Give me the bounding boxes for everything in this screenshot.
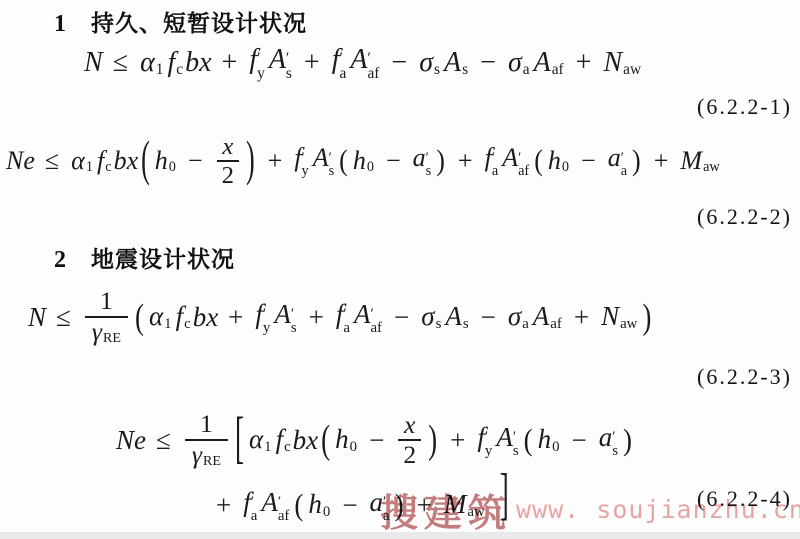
math-token: f	[176, 301, 184, 331]
math-token: A′af	[261, 487, 289, 523]
math-token: 1γRE	[185, 410, 228, 469]
math-token: h0	[335, 424, 357, 456]
math-token: af	[550, 316, 562, 332]
math-token: 1	[195, 410, 218, 438]
math-token: M	[444, 489, 467, 519]
math-token: ′s	[291, 307, 297, 335]
math-token: Naw	[601, 301, 637, 333]
math-token: a	[492, 165, 498, 179]
math-token: x2	[398, 411, 421, 469]
equation-6-2-2-3-label: (6.2.2-3)	[697, 364, 792, 390]
math-token: ′a	[492, 152, 498, 179]
math-token: −	[369, 425, 384, 456]
math-token: h0	[353, 146, 374, 177]
math-token: 1	[200, 409, 213, 438]
math-token: s	[426, 165, 432, 179]
math-token: s	[513, 444, 519, 458]
math-token: 1	[264, 439, 271, 455]
math-token: A	[269, 44, 286, 75]
math-token: y	[263, 321, 270, 335]
math-token: )	[428, 416, 437, 463]
math-token: σa	[508, 301, 529, 333]
math-token: (	[524, 422, 533, 458]
math-token: A	[496, 422, 513, 452]
math-token: ≤	[45, 146, 59, 176]
math-token: A	[533, 301, 550, 331]
math-token: +	[304, 47, 320, 79]
math-token: y	[302, 165, 309, 179]
math-token: )	[436, 144, 445, 179]
math-token: −	[394, 302, 409, 333]
section-heading-2: 2 地震设计状况	[54, 241, 235, 274]
math-token: A	[502, 143, 518, 172]
section-number: 2	[54, 247, 67, 274]
math-token: A	[274, 299, 291, 329]
math-token: Aaf	[533, 301, 562, 333]
math-token: +	[228, 302, 243, 333]
math-token: ′	[612, 430, 615, 444]
math-token: γRE	[85, 316, 128, 347]
math-token: N	[601, 301, 619, 331]
math-token: ′af	[278, 495, 290, 523]
math-token: a	[599, 422, 613, 452]
equation-6-2-2-4-formula-line1: Ne≤1γRE[α1fcbx(h0−x2)+f′yA′s(h0−a′s)	[116, 404, 635, 476]
math-token: )	[632, 144, 641, 179]
math-token: bx	[114, 146, 139, 176]
math-token: 2	[403, 440, 416, 469]
section-title: 持久、短暂设计状况	[91, 5, 307, 38]
math-token: α1	[149, 301, 172, 333]
math-token: x	[222, 133, 233, 160]
math-token: α	[149, 301, 163, 331]
math-token: af	[278, 509, 290, 523]
math-token: a	[343, 321, 350, 335]
math-token: As	[445, 301, 468, 333]
math-token: 0	[367, 159, 374, 175]
math-token: fc	[167, 47, 183, 79]
math-token: σ	[421, 301, 434, 331]
math-token: ′a	[621, 152, 627, 179]
equation-6-2-2-1-formula: N≤α1fcbx+f′yA′s+f′aA′af−σsAs−σaAaf+Naw	[84, 40, 643, 86]
math-token: f	[243, 487, 251, 517]
math-token: )	[642, 296, 651, 338]
math-token: x	[217, 133, 238, 160]
math-token: aw	[703, 159, 720, 175]
math-token: A	[313, 143, 329, 172]
math-token: 0	[169, 159, 176, 175]
math-token: f	[249, 44, 257, 75]
math-token: s	[612, 444, 618, 458]
math-token: af	[367, 67, 379, 82]
math-token: ≤	[56, 302, 71, 333]
math-token: ′	[251, 495, 254, 509]
math-token: fc	[176, 301, 191, 333]
math-token: a	[383, 509, 390, 523]
math-token: A	[444, 47, 461, 78]
math-token: −	[342, 490, 357, 521]
math-token: f′a	[485, 143, 499, 178]
math-token: 1	[156, 61, 164, 78]
math-token: As	[444, 47, 468, 79]
math-token: γRE	[192, 440, 221, 469]
math-token: A	[534, 47, 551, 78]
math-token: ′s	[329, 152, 335, 179]
math-token: ′a	[343, 307, 350, 335]
math-token: a	[413, 143, 426, 172]
math-token: s	[291, 321, 297, 335]
math-token: c	[176, 61, 183, 78]
math-token: f′y	[255, 299, 270, 335]
math-token: f′y	[477, 422, 492, 458]
math-token: −	[480, 47, 496, 79]
math-token: af	[370, 321, 382, 335]
math-token: h0	[308, 489, 330, 521]
math-token: +	[574, 302, 589, 333]
math-token: fc	[276, 424, 291, 456]
math-token: ′s	[612, 430, 618, 458]
math-token: f′a	[243, 487, 257, 523]
math-token: 1	[100, 286, 113, 315]
math-token: h	[548, 146, 561, 175]
math-token: af	[552, 61, 564, 78]
math-token: f′a	[336, 299, 350, 335]
math-token: ′s	[426, 152, 432, 179]
math-token: a′a	[608, 143, 627, 178]
math-token: 1γRE	[85, 287, 128, 346]
math-token: f	[485, 143, 492, 172]
math-token: −	[391, 47, 407, 79]
math-token: +	[268, 146, 283, 176]
math-token: x	[404, 410, 415, 439]
math-token: 1	[164, 316, 171, 332]
math-token: (	[321, 416, 330, 463]
math-token: h	[335, 424, 349, 454]
math-token: ≤	[113, 47, 128, 79]
math-token: α	[140, 47, 155, 78]
math-token: x	[399, 411, 420, 439]
math-token: γRE	[185, 439, 228, 470]
page-edge-strip	[0, 532, 800, 539]
math-token: −	[386, 146, 401, 176]
math-token: γ	[92, 317, 102, 346]
math-token: +	[458, 146, 473, 176]
math-token: −	[481, 302, 496, 333]
math-token: a	[251, 509, 258, 523]
math-token: γRE	[92, 317, 121, 346]
math-token: −	[188, 146, 203, 176]
math-token: γ	[192, 440, 202, 469]
math-token: bx	[293, 425, 318, 456]
math-token: ′af	[370, 307, 382, 335]
math-token: A′af	[354, 299, 382, 335]
section-number: 1	[54, 11, 67, 38]
math-token: f	[336, 299, 344, 329]
math-token: ′y	[263, 307, 270, 335]
equation-6-2-2-4-formula-line2: +f′aA′af(h0−a′a)+Maw]	[206, 478, 512, 532]
math-token: )	[623, 422, 632, 458]
math-token: ′	[263, 307, 266, 321]
section-heading-1: 1 持久、短暂设计状况	[54, 5, 307, 38]
math-token: A′af	[502, 143, 529, 178]
math-token: ′s	[286, 52, 292, 81]
math-token: ′a	[340, 52, 347, 81]
math-token: A	[261, 487, 278, 517]
math-token: c	[105, 159, 111, 175]
math-token: σs	[419, 47, 440, 79]
math-token: c	[184, 316, 191, 332]
math-token: y	[257, 67, 265, 82]
math-token: (	[135, 296, 144, 338]
math-token: s	[329, 165, 335, 179]
math-token: h0	[538, 424, 560, 456]
math-token: ′	[485, 430, 488, 444]
math-token: fc	[97, 146, 112, 177]
math-token: +	[222, 47, 238, 79]
math-token: af	[518, 165, 529, 179]
math-token: f	[167, 47, 175, 78]
math-token: Maw	[444, 489, 485, 521]
math-token: N	[28, 302, 46, 333]
math-token: a	[608, 143, 621, 172]
math-token: ′af	[367, 52, 379, 81]
math-token: RE	[103, 330, 121, 346]
math-token: aw	[620, 316, 637, 332]
math-token: h	[353, 146, 366, 175]
math-token: 0	[323, 504, 330, 520]
math-token: +	[654, 146, 669, 176]
math-token: +	[450, 425, 465, 456]
math-token: ′s	[513, 430, 519, 458]
math-token: ′	[383, 495, 386, 509]
section-title: 地震设计状况	[91, 241, 235, 274]
math-token: h0	[548, 146, 569, 177]
math-token: α1	[249, 424, 272, 456]
math-token: a′s	[599, 422, 618, 458]
math-token: ′a	[383, 495, 390, 523]
math-token: s	[436, 316, 442, 332]
math-token: f	[97, 146, 104, 175]
math-token: ′	[291, 307, 294, 321]
equation-6-2-2-4-label: (6.2.2-4)	[697, 486, 792, 512]
math-token: f′a	[332, 44, 347, 81]
math-token: +	[309, 302, 324, 333]
math-token: aw	[467, 504, 484, 520]
equation-6-2-2-3-formula: N≤1γRE(α1fcbx+f′yA′s+f′aA′af−σsAs−σaAaf+…	[28, 281, 654, 353]
math-token: s	[434, 61, 440, 78]
math-token: σs	[421, 301, 441, 333]
math-token: a	[523, 61, 530, 78]
math-token: σ	[508, 301, 521, 331]
math-token: ′	[343, 307, 346, 321]
math-token: 0	[350, 439, 357, 455]
math-token: 0	[562, 159, 569, 175]
math-token: h	[155, 146, 168, 175]
math-token: x2	[217, 133, 239, 189]
math-token: 2	[222, 162, 234, 189]
math-token: ′	[370, 307, 373, 321]
math-token: A′s	[274, 299, 296, 335]
math-token: h	[538, 424, 552, 454]
math-token: N	[603, 47, 622, 78]
math-token: A	[350, 44, 367, 75]
math-token: σ	[508, 47, 522, 78]
math-token: α1	[71, 146, 93, 177]
math-token: f	[332, 44, 340, 75]
math-token: ≤	[156, 425, 171, 456]
math-token: f	[276, 424, 284, 454]
math-token: 2	[398, 439, 421, 469]
math-token: −	[581, 146, 596, 176]
math-token: c	[284, 439, 291, 455]
math-token: aw	[623, 61, 641, 78]
math-token: s	[463, 316, 469, 332]
math-token: (	[294, 487, 303, 523]
math-token: σ	[419, 47, 433, 78]
math-token: ′af	[518, 152, 529, 179]
math-token: f	[477, 422, 485, 452]
math-token: N	[84, 47, 103, 79]
math-token: a	[621, 165, 627, 179]
math-token: +	[417, 490, 432, 521]
math-token: a	[340, 67, 347, 82]
math-token: α	[249, 424, 263, 454]
math-token: 0	[552, 439, 559, 455]
math-token: Aaf	[534, 47, 564, 79]
math-token: bx	[193, 302, 218, 333]
math-token: [	[235, 406, 244, 471]
math-token: f	[255, 299, 263, 329]
math-token: ]	[500, 462, 509, 527]
math-token: s	[462, 61, 468, 78]
math-token: f′y	[294, 143, 308, 178]
math-token: A	[354, 299, 371, 329]
math-token: Maw	[680, 146, 719, 177]
math-token: α1	[140, 47, 163, 79]
math-token: f′y	[249, 44, 264, 81]
math-token: (	[534, 144, 543, 179]
math-token: ′a	[251, 495, 258, 523]
math-token: M	[680, 146, 702, 175]
math-token: σa	[508, 47, 530, 79]
math-token: A	[445, 301, 462, 331]
math-token: Naw	[603, 47, 641, 79]
math-token: a	[522, 316, 529, 332]
math-token: 1	[86, 159, 93, 175]
math-token: (	[339, 144, 348, 179]
math-token: ′y	[257, 52, 265, 81]
equation-6-2-2-2-label: (6.2.2-2)	[697, 204, 792, 230]
math-token: a	[370, 487, 384, 517]
math-token: y	[485, 444, 492, 458]
math-token: A′s	[496, 422, 518, 458]
math-token: A′s	[313, 143, 334, 178]
math-token: ′	[278, 495, 281, 509]
equation-6-2-2-2-formula: Ne≤α1fcbx(h0−x2)+f′yA′s(h0−a′s)+f′aA′af(…	[6, 128, 722, 194]
math-token: Ne	[6, 146, 35, 176]
math-token: h	[308, 489, 322, 519]
math-token: bx	[185, 47, 211, 79]
math-token: )	[395, 487, 404, 523]
math-token: A′s	[269, 44, 292, 81]
equation-6-2-2-1-label: (6.2.2-1)	[697, 94, 792, 120]
math-token: (	[141, 131, 150, 188]
math-token: )	[246, 131, 255, 188]
math-token: ′	[513, 430, 516, 444]
math-token: 1	[95, 287, 118, 315]
math-token: ′y	[485, 430, 492, 458]
math-token: s	[286, 67, 292, 82]
math-token: f	[294, 143, 301, 172]
math-token: 2	[217, 160, 239, 189]
math-token: h0	[155, 146, 176, 177]
math-token: +	[216, 490, 231, 521]
math-token: −	[572, 425, 587, 456]
math-token: RE	[203, 453, 221, 469]
scanned-code-page: 1 持久、短暂设计状况 N≤α1fcbx+f′yA′s+f′aA′af−σsAs…	[0, 0, 800, 539]
math-token: A′af	[350, 44, 379, 81]
math-token: Ne	[116, 425, 146, 456]
math-token: α	[71, 146, 85, 175]
math-token: ′y	[302, 152, 309, 179]
math-token: a′s	[413, 143, 432, 178]
math-token: a′a	[370, 487, 390, 523]
math-token: +	[576, 47, 592, 79]
